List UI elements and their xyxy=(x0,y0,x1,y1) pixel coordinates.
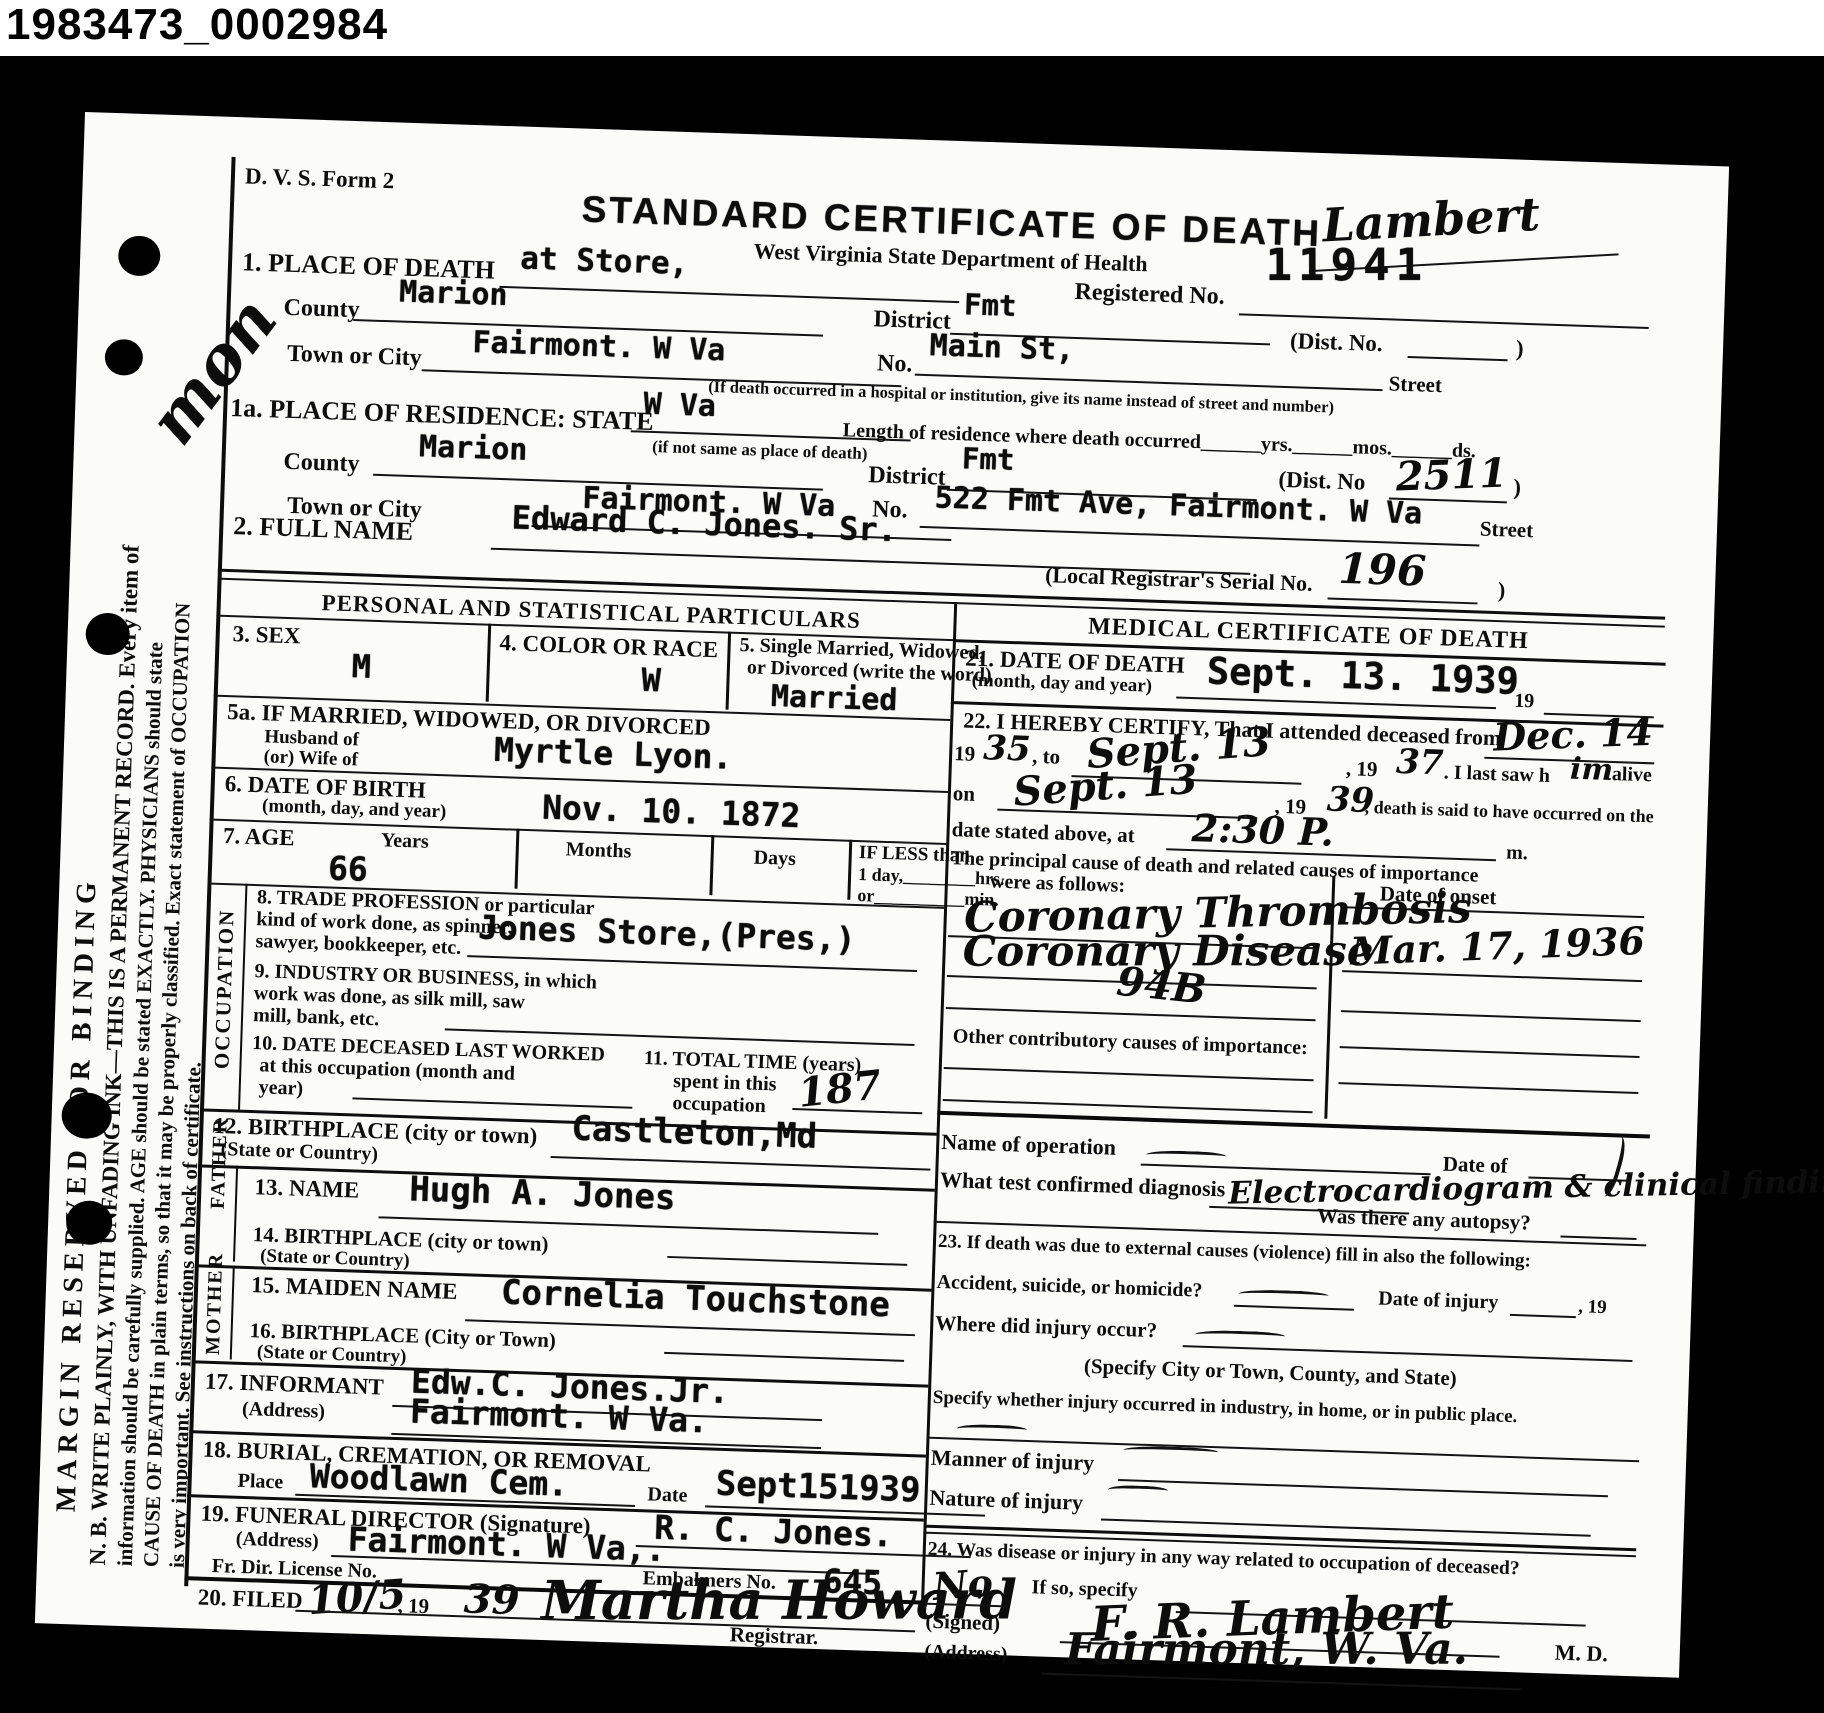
pen-mark xyxy=(1146,1150,1226,1163)
sex-value: M xyxy=(351,647,372,686)
place-of-death-value: at Store, xyxy=(520,241,689,283)
cell-divider xyxy=(847,840,852,900)
l4-m: m. xyxy=(1506,842,1528,866)
pen-mark xyxy=(1238,1289,1328,1302)
days-label: Days xyxy=(753,847,796,871)
item19-addr-label: (Address) xyxy=(235,1528,319,1554)
spouse-value: Myrtle Lyon. xyxy=(493,730,733,777)
underline xyxy=(1042,1673,1522,1691)
underline xyxy=(499,286,959,303)
l3-rest: , death is said to have occurred on the xyxy=(1364,797,1654,828)
pen-mark xyxy=(1195,1329,1285,1342)
cell-divider xyxy=(709,835,714,895)
race-label: 4. COLOR OR RACE xyxy=(499,630,718,663)
side-label-divider xyxy=(233,1166,238,1262)
dob-value: Nov. 10. 1872 xyxy=(542,788,801,836)
mother-name-value: Cornelia Touchstone xyxy=(500,1272,890,1325)
test-label: What test confirmed diagnosis xyxy=(940,1167,1226,1202)
item21-suffix: 19 xyxy=(1514,690,1535,714)
father-side-label: FATHER xyxy=(207,1116,233,1209)
filed-date-value: 10/5 xyxy=(306,1570,407,1624)
age-label: 7. AGE xyxy=(223,823,295,851)
scan-id: 1983473_0002984 xyxy=(6,0,388,50)
birthplace-value: Castleton,Md xyxy=(571,1109,818,1157)
occupation-side-label: OCCUPATION xyxy=(209,908,239,1069)
residence-state: W Va xyxy=(643,387,716,424)
residence-county-label: County xyxy=(283,449,360,479)
death-time-value: 2:30 P. xyxy=(1191,805,1335,855)
l3-on: on xyxy=(952,781,975,807)
mother-side-label: MOTHER xyxy=(202,1251,228,1355)
l4-date-stated: date stated above, at xyxy=(951,817,1135,848)
years-label: Years xyxy=(381,829,430,854)
l2-19a: 19 xyxy=(954,741,976,767)
injury-19-label: , 19 xyxy=(1578,1296,1607,1319)
nature-label: Nature of injury xyxy=(929,1485,1083,1516)
cause-code-stamp: 94B xyxy=(1114,958,1208,1014)
cell-divider xyxy=(514,829,519,889)
signed-label: (Signed) xyxy=(925,1609,1000,1636)
sex-label: 3. SEX xyxy=(232,621,301,649)
underline xyxy=(1338,1082,1638,1094)
underline xyxy=(664,1352,904,1362)
underline xyxy=(1340,1046,1640,1058)
full-name-value: Edward C. Jones. Sr. xyxy=(511,498,897,549)
injury-date-label: Date of injury xyxy=(1378,1288,1499,1315)
hospital-note: (If death occurred in a hospital or inst… xyxy=(708,377,1334,418)
specify-city-label: (Specify City or Town, County, and State… xyxy=(1084,1354,1458,1391)
death-certificate-page: MARGIN RESERVED FOR BINDING N. B. WRITE … xyxy=(35,112,1729,1678)
margin-scribble: mon xyxy=(133,282,293,458)
serial-no-label: (Local Registrar's Serial No. xyxy=(1045,562,1313,597)
md-label: M. D. xyxy=(1554,1640,1608,1668)
item9-line3: mill, bank, etc. xyxy=(253,1004,380,1031)
l2-im-script: im xyxy=(1569,752,1613,788)
autopsy-label: Was there any autopsy? xyxy=(1317,1203,1531,1235)
burial-place-label: Place xyxy=(237,1470,283,1494)
where-label: Where did injury occur? xyxy=(935,1311,1158,1343)
item17-label: 17. INFORMANT xyxy=(205,1369,385,1401)
personal-section-title: PERSONAL AND STATISTICAL PARTICULARS xyxy=(233,587,948,637)
item10-line3: year) xyxy=(258,1076,303,1100)
residence-county-value: Marion xyxy=(419,429,528,468)
trade-value: Jones Store,(Pres,) xyxy=(478,907,857,958)
punch-hole xyxy=(118,235,161,276)
item20-label: 20. FILED xyxy=(197,1585,303,1614)
side-label-divider xyxy=(238,884,247,1110)
street-no-label: No. xyxy=(877,350,913,378)
underline xyxy=(946,1007,1316,1021)
date-of-death-value: Sept. 13. 1939 xyxy=(1206,650,1519,703)
county-label: County xyxy=(283,295,360,325)
specify-industry-label: Specify whether injury occurred in indus… xyxy=(932,1387,1517,1428)
not-same-note: (if not same as place of death) xyxy=(652,437,868,464)
attended-to-year: 37 xyxy=(1396,742,1445,784)
age-years-value: 66 xyxy=(327,848,368,888)
full-name-label: 2. FULL NAME xyxy=(233,511,414,547)
underline xyxy=(1234,1305,1354,1311)
burial-date-value: Sept151939 xyxy=(715,1464,921,1511)
underline xyxy=(944,1067,1314,1081)
item24-answer: No xyxy=(931,1560,994,1609)
addr-label: (Address) xyxy=(924,1641,1008,1667)
underline xyxy=(1239,313,1649,329)
manner-label: Manner of injury xyxy=(930,1445,1094,1476)
district-value: Fmt xyxy=(964,287,1017,323)
street-no-value: Main St, xyxy=(929,328,1075,368)
residence-dist-no-value: 2511 xyxy=(1395,449,1508,500)
dist-no-label: (Dist. No. xyxy=(1290,328,1383,357)
months-label: Months xyxy=(565,838,631,863)
attended-from-year: 35 xyxy=(983,728,1032,770)
town-value: Fairmont. W Va xyxy=(472,325,726,368)
length-residence-note: Length of residence where death occurred… xyxy=(842,419,1476,463)
item21-sub-label: (month, day and year) xyxy=(971,670,1152,698)
pen-mark xyxy=(957,1424,1027,1436)
underline xyxy=(667,1256,907,1266)
other-causes-label: Other contributory causes of importance: xyxy=(952,1025,1308,1060)
residence-district-value: Fmt xyxy=(961,441,1014,477)
dob-sub-label: (month, day, and year) xyxy=(262,795,447,823)
onset-date-value: Mar. 17, 1936 xyxy=(1349,918,1645,974)
accident-label: Accident, suicide, or homicide? xyxy=(936,1271,1202,1303)
operation-label: Name of operation xyxy=(941,1129,1117,1161)
underline xyxy=(1341,1010,1641,1022)
serial-no-close: ) xyxy=(1497,577,1505,603)
town-label: Town or City xyxy=(287,341,423,372)
race-value: W xyxy=(641,661,662,700)
item13-label: 13. NAME xyxy=(254,1174,360,1203)
underline xyxy=(1328,597,1478,604)
pen-mark xyxy=(1108,1485,1168,1497)
marital-value: Married xyxy=(770,679,898,718)
l2-alive: alive xyxy=(1611,763,1652,787)
residence-dist-no-close: ) xyxy=(1513,475,1522,501)
street-word: Street xyxy=(1388,371,1442,398)
father-name-value: Hugh A. Jones xyxy=(409,1169,676,1218)
side-label-divider xyxy=(230,1266,235,1360)
underline xyxy=(352,1097,632,1108)
l2-19b: , 19 xyxy=(1346,756,1378,782)
residence-street-word: Street xyxy=(1480,516,1534,543)
underline xyxy=(1510,1314,1576,1318)
cell-divider xyxy=(726,632,732,710)
underline xyxy=(1342,970,1642,982)
wife-of-label: (or) Wife of xyxy=(263,746,358,771)
underline xyxy=(1118,1479,1608,1497)
dist-no-close: ) xyxy=(1516,336,1525,362)
form-number: D. V. S. Form 2 xyxy=(245,163,395,194)
l2-last-saw: . I last saw h xyxy=(1443,761,1550,788)
registered-number-label: Registered No. xyxy=(1074,279,1225,311)
item12-sub-label: (State or Country) xyxy=(220,1138,378,1166)
item15-label: 15. MAIDEN NAME xyxy=(251,1272,458,1305)
serial-no-value: 196 xyxy=(1338,544,1427,596)
item17-addr-label: (Address) xyxy=(242,1398,326,1424)
underline xyxy=(551,1156,931,1171)
county-value: Marion xyxy=(399,275,508,314)
underline xyxy=(1408,356,1508,361)
registered-number: 11941 xyxy=(1266,240,1429,291)
underline xyxy=(1560,1236,1636,1241)
punch-hole xyxy=(104,339,143,376)
burial-date-label: Date xyxy=(647,1483,688,1507)
cell-divider xyxy=(486,624,492,702)
scanner-header-strip: 1983473_0002984 xyxy=(0,0,1824,56)
physician-addr-signature: Fairmont, W. Va. xyxy=(1065,1624,1468,1676)
underline xyxy=(943,1099,1313,1113)
